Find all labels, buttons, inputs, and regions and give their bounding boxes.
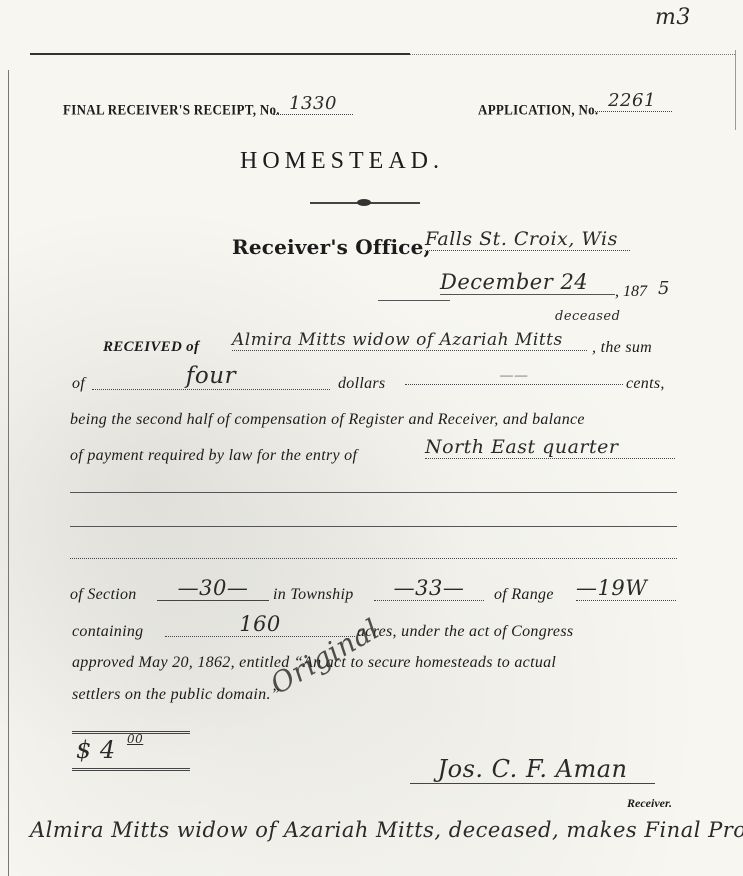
page-right-edge (735, 50, 736, 130)
entry-label: of payment required by law for the entry… (70, 447, 357, 465)
blank-line-2 (70, 526, 677, 527)
receipt-label: FINAL RECEIVER'S RECEIPT, No. (63, 101, 280, 119)
sum-label: , the sum (592, 339, 652, 357)
cents-amount: —— (405, 368, 623, 385)
township-value: —33— (374, 576, 484, 601)
receiver-signature: Jos. C. F. Aman (410, 755, 655, 784)
receipt-number: 1330 (273, 93, 353, 115)
section-value: —30— (157, 576, 269, 601)
acres-value: 160 (165, 612, 355, 637)
receiver-title: Receiver. (627, 796, 672, 811)
office-location: Falls St. Croix, Wis (425, 228, 630, 251)
top-rule-dotted (410, 54, 735, 55)
date-year-prefix: , 187 (615, 283, 647, 301)
received-of-insert: deceased (555, 309, 620, 324)
act-text-line2: settlers on the public domain.” (72, 686, 280, 704)
final-proof-note: Almira Mitts widow of Azariah Mitts, dec… (30, 818, 743, 842)
acres-label: acres, under the act of Congress (357, 623, 573, 641)
dollars-amount: four (92, 363, 330, 390)
range-label: of Range (494, 586, 554, 604)
document-title: HOMESTEAD. (240, 148, 444, 175)
office-date: December 24 (440, 270, 615, 295)
application-label: APPLICATION, No. (478, 101, 598, 119)
received-of-name: Almira Mitts widow of Azariah Mitts (232, 330, 587, 351)
blank-line-1 (70, 492, 677, 493)
office-label: Receiver's Office, (232, 235, 431, 259)
cents-label: cents, (626, 375, 665, 393)
amount-value: $ 4 (76, 736, 116, 764)
date-year-digit: 5 (658, 278, 670, 299)
date-rule (378, 300, 450, 301)
received-label: RECEIVED of (103, 339, 199, 356)
dollars-label: dollars (338, 375, 385, 393)
application-number: 2261 (592, 90, 672, 112)
township-label: in Township (273, 586, 354, 604)
range-value: —19W (576, 576, 676, 601)
top-rule (30, 53, 410, 55)
amount-superscript: 00 (127, 732, 143, 746)
of-label: of (72, 375, 85, 393)
entry-description: North East quarter (425, 436, 675, 459)
page-left-edge (8, 70, 9, 876)
title-ornament (310, 202, 420, 204)
corner-mark: m3 (655, 5, 691, 30)
compensation-text: being the second half of compensation of… (70, 411, 585, 429)
section-label: of Section (70, 586, 137, 604)
amount-box: $ 4 00 (72, 731, 190, 771)
containing-label: containing (72, 623, 143, 641)
blank-line-3 (70, 558, 677, 559)
